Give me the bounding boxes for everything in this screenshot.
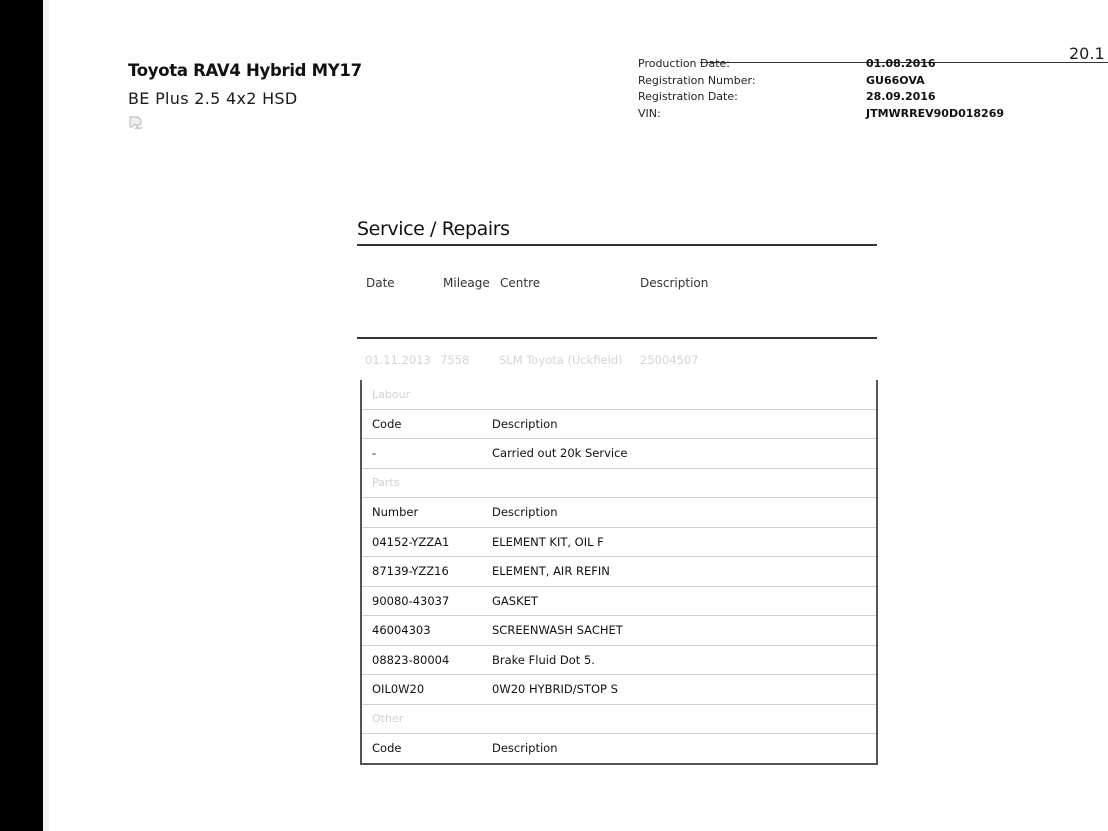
- left-black-border: [0, 0, 43, 831]
- info-label: VIN:: [638, 106, 866, 123]
- divider: [357, 337, 877, 339]
- column-header: Code: [372, 741, 492, 755]
- other-section-header: Other: [362, 705, 876, 735]
- part-number: OIL0W20: [372, 682, 492, 696]
- labour-description: Carried out 20k Service: [492, 446, 628, 460]
- service-detail-table: Labour Code Description - Carried out 20…: [360, 380, 878, 765]
- table-row: 46004303 SCREENWASH SACHET: [362, 616, 876, 646]
- info-value: GU66OVA: [866, 73, 925, 90]
- part-number: 87139-YZZ16: [372, 564, 492, 578]
- part-number: 90080-43037: [372, 594, 492, 608]
- part-description: SCREENWASH SACHET: [492, 623, 623, 637]
- part-description: ELEMENT, AIR REFIN: [492, 564, 610, 578]
- section-title: Service / Repairs: [357, 218, 510, 240]
- column-header: Description: [492, 417, 558, 431]
- table-row: 04152-YZZA1 ELEMENT KIT, OIL F: [362, 528, 876, 558]
- part-description: ELEMENT KIT, OIL F: [492, 535, 604, 549]
- column-header: Description: [492, 505, 558, 519]
- record-mileage: 7558: [440, 353, 469, 367]
- info-value: JTMWRREV90D018269: [866, 106, 1004, 123]
- header-centre: Centre: [500, 276, 540, 290]
- part-number: 08823-80004: [372, 653, 492, 667]
- table-row: - Carried out 20k Service: [362, 439, 876, 469]
- table-row: 08823-80004 Brake Fluid Dot 5.: [362, 646, 876, 676]
- header-description: Description: [640, 276, 708, 290]
- header-mileage: Mileage: [443, 276, 490, 290]
- part-description: Brake Fluid Dot 5.: [492, 653, 595, 667]
- record-centre: SLM Toyota (Uckfield): [499, 353, 623, 367]
- vehicle-title: Toyota RAV4 Hybrid MY17: [128, 61, 362, 80]
- page-number: 20.1: [1069, 44, 1105, 63]
- part-number: 46004303: [372, 623, 492, 637]
- section-label: Parts: [372, 476, 492, 489]
- labour-section-header: Labour: [362, 380, 876, 410]
- part-description: 0W20 HYBRID/STOP S: [492, 682, 618, 696]
- record-description: 25004507: [640, 353, 699, 367]
- header-date: Date: [366, 276, 395, 290]
- column-header: Code: [372, 417, 492, 431]
- section-label: Labour: [372, 388, 492, 401]
- info-row-vin: VIN: JTMWRREV90D018269: [638, 106, 1004, 123]
- info-value: 01.08.2016: [866, 56, 936, 73]
- section-label: Other: [372, 712, 492, 725]
- info-row-registration-date: Registration Date: 28.09.2016: [638, 89, 1004, 106]
- column-header: Number: [372, 505, 492, 519]
- other-column-headers: Code Description: [362, 734, 876, 763]
- labour-column-headers: Code Description: [362, 410, 876, 440]
- table-row: OIL0W20 0W20 HYBRID/STOP S: [362, 675, 876, 705]
- table-row: 87139-YZZ16 ELEMENT, AIR REFIN: [362, 557, 876, 587]
- info-row-registration-number: Registration Number: GU66OVA: [638, 73, 1004, 90]
- table-row: 90080-43037 GASKET: [362, 587, 876, 617]
- info-row-production-date: Production Date: 01.08.2016: [638, 56, 1004, 73]
- vehicle-subtitle: BE Plus 2.5 4x2 HSD: [128, 89, 297, 108]
- parts-column-headers: Number Description: [362, 498, 876, 528]
- vehicle-info: Production Date: 01.08.2016 Registration…: [638, 56, 1004, 122]
- info-label: Registration Number:: [638, 73, 866, 90]
- record-date: 01.11.2013: [365, 353, 431, 367]
- divider: [357, 244, 877, 246]
- page-edge: [43, 0, 49, 831]
- parts-section-header: Parts: [362, 469, 876, 499]
- info-value: 28.09.2016: [866, 89, 936, 106]
- part-number: 04152-YZZA1: [372, 535, 492, 549]
- info-label: Production Date:: [638, 56, 866, 73]
- broken-image-icon: [129, 116, 143, 130]
- part-description: GASKET: [492, 594, 538, 608]
- info-label: Registration Date:: [638, 89, 866, 106]
- column-header: Description: [492, 741, 558, 755]
- labour-code: -: [372, 446, 492, 460]
